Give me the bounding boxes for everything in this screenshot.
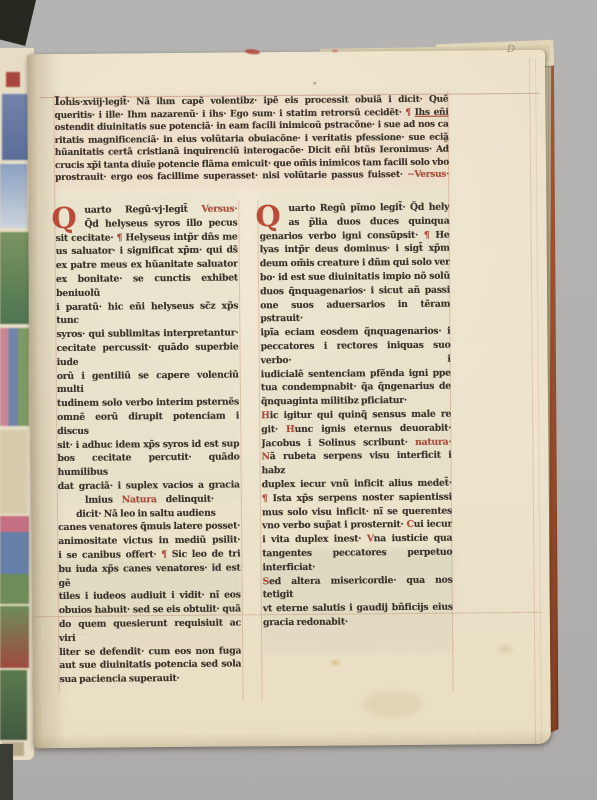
ink-text: lmius: [58, 494, 122, 506]
ink-text: sua paciencia superauit·: [59, 673, 179, 685]
stain: [313, 82, 316, 85]
ink-text: dat graciã· i suplex vacios a gracia: [58, 479, 240, 492]
ruling-line-vertical: [535, 58, 542, 746]
ink-text: He: [429, 229, 449, 240]
text-line: uarto Regũ·vj·legit̃ Versus·: [84, 202, 237, 217]
ink-text: genarios verbo igni consũpsit·: [260, 229, 424, 241]
ink-text: ex patre meus ex hũanitate saluator: [56, 259, 238, 272]
photo-background: D Ioh̃is·xviij·legit̃· Nã ihm capẽ volen…: [0, 0, 597, 800]
ink-text: sit· i adhuc idem xp̃s syros id est sup: [57, 438, 239, 451]
miniature-fragment: [0, 606, 29, 668]
text-line: i se canibus offert· ¶ Sic leo de tri: [58, 547, 240, 562]
ink-text: q̃nquaginta militibz pficiatur·: [261, 395, 407, 407]
miniature-fragment: [0, 670, 27, 740]
ink-text: tangentes peccatores perpetuo interficia…: [262, 547, 452, 573]
miniature-fragment: [0, 430, 27, 514]
ink-text: peccatores i rectores iniquas suo verbo·…: [260, 340, 450, 366]
ink-text: duos q̃nquagenarios· i sicut añ passi: [260, 284, 450, 297]
text-line: ¶ Ista xp̃s serpens noster sapientissi: [262, 490, 452, 505]
ink-text: unc ignis eternus deuorabit·: [295, 422, 452, 434]
ink-text: uarto Regũ pĩmo legit̃· Q̃d hely: [288, 202, 449, 214]
ink-text: syros· qui sublimitas interpretantur·: [56, 328, 238, 341]
ink-text: ex bonitate· se cunctis exhibet beniuolũ: [56, 272, 238, 298]
ink-text: deum om̃is creature i dñm qui solo ver: [260, 257, 450, 270]
miniature-fragment: [0, 328, 29, 426]
red-underlined-text: Ihs eñi: [415, 107, 449, 117]
drop-cap-initial: Q: [51, 206, 76, 231]
ink-text: Ioh̃is·xviij·legit̃· Nã ihm capẽ volenti…: [54, 95, 448, 108]
ink-text: Sic leo de tri: [167, 548, 240, 560]
stain: [363, 691, 423, 718]
text-line: omnẽ eorũ dirupit potenciam i discus: [57, 409, 239, 438]
ink-text: ic igitur qui quinq̃ sensus male re: [270, 409, 452, 422]
ink-text: dicit· Nã leo in saltu audiens: [58, 507, 216, 519]
ink-text: vno verbo sup̃at i prosternit·: [262, 519, 407, 531]
ink-text: canes venatores q̃muis latere posset·: [58, 521, 240, 534]
miniature-fragment: [0, 516, 29, 604]
text-line: lmius Natura delinquit·: [58, 492, 240, 507]
ink-text: Q̃d helyseus syros illo pecus: [84, 217, 237, 229]
red-edge-smudge: [245, 49, 260, 55]
stain: [494, 642, 516, 656]
text-line: bu iuda xp̃s canes venatores· id est gẽ: [58, 561, 240, 590]
text-line: duos q̃nquagenarios· i sicut añ passi: [260, 283, 450, 298]
ink-text: bu iuda xp̃s canes venatores· id est gẽ: [58, 562, 240, 588]
top-paragraph: Ioh̃is·xviij·legit̃· Nã ihm capẽ volenti…: [54, 92, 449, 185]
ink-text: mus solo visu inficit· nĩ se querentes: [262, 505, 452, 518]
text-line: as p̃lia duos duces quinqua: [288, 214, 449, 229]
ink-text: Helyseus intp̃r dñs me: [122, 231, 237, 243]
ink-text: ui iecur: [414, 519, 452, 530]
rubric-text: natura·: [415, 436, 451, 447]
rubric-text: Versus·: [201, 203, 237, 214]
ink-text: uarto Regũ·vj·legit̃: [84, 204, 201, 216]
text-line: bos cecitate percutit· quãdo humilibus: [57, 451, 239, 480]
ink-text: prostrauit· ergo eos facillime superasse…: [55, 170, 407, 183]
ink-text: i paratũ· hic eñi helyseus sc̃z xp̃s tun…: [56, 300, 238, 326]
text-line: peccatores i rectores iniquas suo verbo·…: [260, 339, 450, 368]
ink-text: orũ i gentiliũ se capere volenciũ multi: [57, 369, 239, 395]
text-line: duplex iecur vnũ inficit alius medet̃·: [262, 477, 452, 492]
ink-text: cecitate percussit· quãdo superbie iude: [57, 341, 239, 367]
text-line: cecitate percussit· quãdo superbie iude: [56, 340, 238, 369]
ink-text: ed altera misericordie· qua nos tetigit: [263, 574, 453, 600]
ink-text: gracia redonabit·: [263, 616, 348, 628]
ink-text: duplex iecur vnũ inficit alius medet̃·: [262, 478, 452, 491]
ink-text: bos cecitate percutit· quãdo humilibus: [57, 452, 239, 478]
miniature-fragment: [2, 94, 28, 160]
folio-mark: D: [507, 44, 515, 55]
ink-text: as p̃lia duos duces quinqua: [288, 215, 449, 227]
manuscript-book: D Ioh̃is·xviij·legit̃· Nã ihm capẽ volen…: [0, 0, 597, 800]
text-column-left: Q uarto Regũ·vj·legit̃ Versus·Q̃d helyse…: [55, 202, 241, 686]
red-edge-smudge: [332, 50, 338, 53]
ink-text: Jacobus i Solinus scribunt·: [261, 436, 415, 448]
stain: [328, 658, 342, 668]
rubric-text: Natura: [122, 494, 157, 505]
ink-text: lyas intp̃r deus dominus· i sigt̃ xp̃m: [260, 243, 450, 256]
text-line: obuios habuit· sed se eis obtulit· quã: [59, 603, 241, 618]
spine-shadow-bottom: [0, 744, 13, 800]
text-line: tangentes peccatores perpetuo interficia…: [262, 546, 452, 575]
text-line: tua condempnabit· q̃a q̃ngenarius de: [261, 380, 451, 395]
ink-text: obuios habuit· sed se eis obtulit· quã: [59, 604, 241, 617]
text-line: gracia redonabit·: [263, 614, 453, 629]
rubric-text: C: [407, 519, 414, 530]
manuscript-page: D Ioh̃is·xviij·legit̃· Nã ihm capẽ volen…: [27, 50, 551, 748]
rubric-text: ∼Versus·: [407, 170, 449, 180]
ink-text: iudicialẽ sentenciam pfẽnda igni ppe: [261, 367, 451, 380]
ink-text: animositate victus in mediũ psilit·: [58, 535, 240, 548]
ink-text: vt eterne salutis i gaudij bñficijs eius: [263, 602, 453, 615]
ink-text: na iusticie qua: [374, 533, 453, 545]
text-line: do quem quesierunt requisiuit ac viri: [59, 616, 241, 645]
ink-text: do quem quesierunt requisiuit ac viri: [59, 617, 241, 643]
ink-text: tudinem solo verbo interim psternẽs: [57, 397, 239, 410]
ink-text: ipĩa eciam eosdem q̃nquagenarios· i: [260, 326, 450, 339]
text-line: Q̃d helyseus syros illo pecus: [84, 216, 237, 231]
ink-text: i se canibus offert·: [58, 549, 161, 561]
text-line: aut sue diuinitatis potencia sed sola: [59, 658, 241, 673]
text-line: orũ i gentiliũ se capere volenciũ multi: [57, 368, 239, 397]
ink-text: git·: [261, 424, 286, 435]
text-column-right: Q uarto Regũ pĩmo legit̃· Q̃d helyas p̃l…: [259, 201, 453, 630]
ink-text: one suos aduersarios in tẽram pstrauit·: [260, 298, 450, 324]
text-line: one suos aduersarios in tẽram pstrauit·: [260, 297, 450, 326]
text-line: Sed altera misericordie· qua nos tetigit: [263, 573, 453, 602]
text-line: git· Hunc ignis eternus deuorabit·: [261, 421, 451, 436]
miniature-fragment: [6, 72, 20, 87]
ink-text: tiles i iudeos audiuit i vidit· nĩ eos: [59, 590, 241, 603]
miniature-fragment: [0, 232, 29, 324]
ink-text: ã rubeta serpens visu interficit i habz: [262, 450, 452, 476]
ink-text: aut sue diuinitatis potencia sed sola: [59, 659, 241, 672]
text-line: i paratũ· hic eñi helyseus sc̃z xp̃s tun…: [56, 299, 238, 328]
ink-text: i vita duplex inest·: [262, 533, 367, 545]
text-line: sua paciencia superauit·: [59, 672, 241, 687]
ink-text: omnẽ eorũ dirupit potenciam i discus: [57, 410, 239, 436]
ink-text: Ista xp̃s serpens noster sapientissi: [267, 491, 451, 504]
text-line: dat graciã· i suplex vacios a gracia: [58, 478, 240, 493]
rubric-text: H: [261, 410, 270, 421]
drop-cap-initial: Q: [255, 204, 280, 229]
text-line: uarto Regũ pĩmo legit̃· Q̃d hely: [288, 201, 449, 216]
text-line: vt eterne salutis i gaudij bñficijs eius: [263, 601, 453, 616]
ink-text: us saluator· i significat xp̃m· qui ds̃: [56, 245, 238, 258]
ink-text: bo· id est sue diuinitatis impio nõ solũ: [260, 271, 450, 284]
text-line: Nã rubeta serpens visu interficit i habz: [261, 449, 451, 478]
text-line: Hic igitur qui quinq̃ sensus male re: [261, 408, 451, 423]
text-line: bo· id est sue diuinitatis impio nõ solũ: [260, 270, 450, 285]
ink-text: liter se defendit· cum eos non fuga: [59, 645, 241, 658]
ink-text: tua condempnabit· q̃a q̃ngenarius de: [261, 381, 451, 394]
text-line: ex bonitate· se cunctis exhibet beniuolũ: [56, 271, 238, 300]
ink-text: delinquit·: [157, 493, 214, 504]
text-line: animositate victus in mediũ psilit·: [58, 534, 240, 549]
miniature-fragment: [0, 164, 27, 228]
